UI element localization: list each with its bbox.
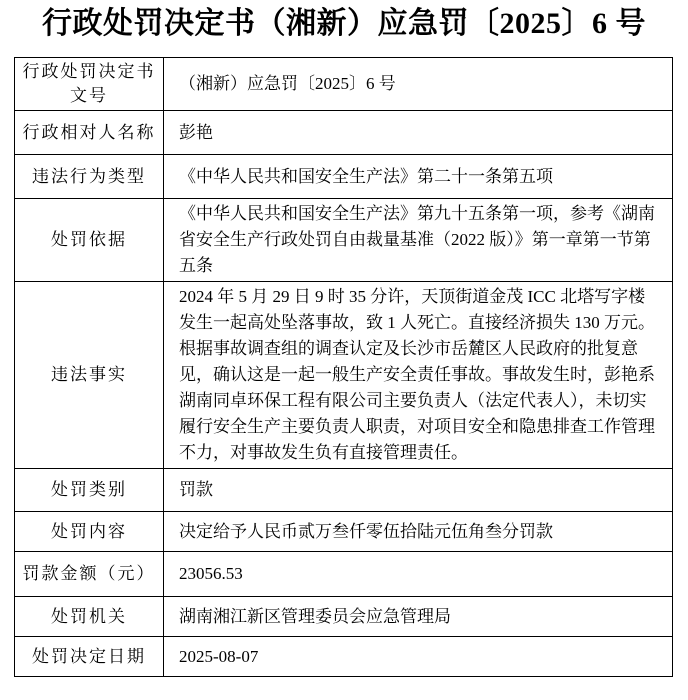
table-row-violation-type: 违法行为类型 《中华人民共和国安全生产法》第二十一条第五项 — [15, 155, 673, 199]
row-value: 《中华人民共和国安全生产法》第二十一条第五项 — [164, 155, 673, 199]
table-row-party-name: 行政相对人名称 彭艳 — [15, 111, 673, 155]
row-value: 2024 年 5 月 29 日 9 时 35 分许，天顶街道金茂 ICC 北塔写… — [164, 282, 673, 469]
row-value: 彭艳 — [164, 111, 673, 155]
penalty-decision-page: 行政处罚决定书（湘新）应急罚〔2025〕6 号 行政处罚决定书文号 （湘新）应急… — [0, 6, 688, 677]
row-value: 23056.53 — [164, 552, 673, 597]
table-row-decision-number: 行政处罚决定书文号 （湘新）应急罚〔2025〕6 号 — [15, 58, 673, 111]
row-label: 行政相对人名称 — [15, 111, 164, 155]
table-row-violation-facts: 违法事实 2024 年 5 月 29 日 9 时 35 分许，天顶街道金茂 IC… — [15, 282, 673, 469]
table-row-fine-amount: 罚款金额（元） 23056.53 — [15, 552, 673, 597]
row-value: （湘新）应急罚〔2025〕6 号 — [164, 58, 673, 111]
row-label: 违法事实 — [15, 282, 164, 469]
row-label: 处罚依据 — [15, 199, 164, 282]
row-value: 罚款 — [164, 469, 673, 512]
page-title: 行政处罚决定书（湘新）应急罚〔2025〕6 号 — [0, 6, 688, 42]
table-row-penalty-basis: 处罚依据 《中华人民共和国安全生产法》第九十五条第一项，参考《湖南省安全生产行政… — [15, 199, 673, 282]
row-label: 处罚类别 — [15, 469, 164, 512]
row-label: 处罚决定日期 — [15, 637, 164, 677]
row-value: 2025-08-07 — [164, 637, 673, 677]
row-label: 行政处罚决定书文号 — [15, 58, 164, 111]
penalty-table: 行政处罚决定书文号 （湘新）应急罚〔2025〕6 号 行政相对人名称 彭艳 违法… — [14, 57, 673, 677]
row-value: 决定给予人民币贰万叁仟零伍拾陆元伍角叁分罚款 — [164, 512, 673, 552]
row-label: 处罚机关 — [15, 597, 164, 637]
row-value: 《中华人民共和国安全生产法》第九十五条第一项，参考《湖南省安全生产行政处罚自由裁… — [164, 199, 673, 282]
table-row-penalty-authority: 处罚机关 湖南湘江新区管理委员会应急管理局 — [15, 597, 673, 637]
row-label: 违法行为类型 — [15, 155, 164, 199]
row-label: 处罚内容 — [15, 512, 164, 552]
table-row-penalty-category: 处罚类别 罚款 — [15, 469, 673, 512]
table-row-decision-date: 处罚决定日期 2025-08-07 — [15, 637, 673, 677]
row-value: 湖南湘江新区管理委员会应急管理局 — [164, 597, 673, 637]
table-row-penalty-content: 处罚内容 决定给予人民币贰万叁仟零伍拾陆元伍角叁分罚款 — [15, 512, 673, 552]
row-label: 罚款金额（元） — [15, 552, 164, 597]
